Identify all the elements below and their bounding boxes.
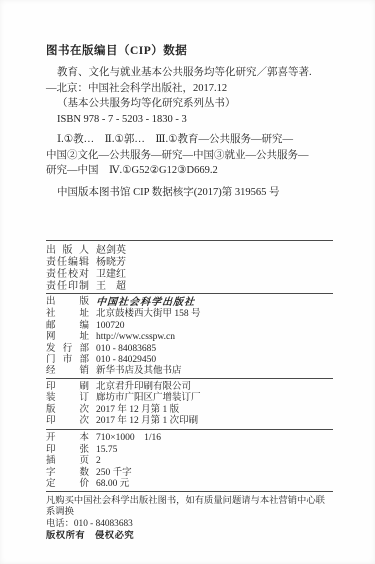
field-row: 定价68.00 元: [46, 479, 333, 490]
field-label: 门市部: [46, 355, 89, 366]
field-row: 出版中国社会科学出版社: [46, 297, 333, 309]
field-row: 装订廊坊市广阳区广增装订厂: [46, 393, 333, 404]
scanned-page: 图书在版编目（CIP）数据 教育、文化与就业基本公共服务均等化研究／郭喜等著. …: [0, 0, 375, 564]
field-row: 开本710×1000 1/16: [46, 433, 333, 444]
field-row: 责任印制王 超: [46, 281, 333, 293]
field-label: 责任校对: [46, 269, 89, 281]
field-value: 北京鼓楼西大街甲 158 号: [96, 309, 201, 319]
field-label: 责任印制: [46, 281, 89, 293]
field-value: 2: [96, 456, 101, 466]
field-value: 250 千字: [96, 468, 132, 478]
field-value: 卫建红: [96, 269, 126, 280]
field-value: 王 超: [96, 281, 126, 292]
field-row: 出版人赵剑英: [46, 245, 333, 257]
format-section: 开本710×1000 1/16 印张15.75 插页2 字数250 千字 定价6…: [46, 429, 333, 490]
field-label: 印刷: [46, 382, 89, 393]
field-label: 装订: [46, 393, 89, 404]
field-label: 出版人: [46, 245, 89, 257]
classification-line2: 中国②文化—公共服务—研究—中国③就业—公共服务—: [46, 148, 333, 164]
cip-description-line2: —北京：中国社会科学出版社，2017.12: [46, 81, 333, 97]
field-label: 字数: [46, 468, 89, 479]
field-label: 出版: [46, 297, 89, 308]
field-row: 字数250 千字: [46, 468, 333, 479]
field-row: 印张15.75: [46, 445, 333, 456]
field-value: 100720: [96, 321, 125, 331]
field-label: 印次: [46, 416, 89, 427]
field-label: 发行部: [46, 344, 89, 355]
field-value: 廊坊市广阳区广增装订厂: [96, 393, 201, 403]
field-label: 责任编辑: [46, 257, 89, 269]
field-row: 经销新华书店及其他书店: [46, 366, 333, 377]
footer-section: 凡购买中国社会科学出版社图书，如有质量问题请与本社营销中心联系调换 电话：010…: [46, 491, 333, 543]
field-row: 社址北京鼓楼西大街甲 158 号: [46, 309, 333, 320]
book-copyright-page: { "cip": { "title": "图书在版编目（CIP）数据", "de…: [0, 0, 375, 564]
isbn-line: ISBN 978 - 7 - 5203 - 1830 - 3: [46, 112, 333, 128]
field-value: 赵剑英: [96, 245, 126, 256]
quality-notice: 凡购买中国社会科学出版社图书，如有质量问题请与本社营销中心联系调换: [46, 496, 333, 519]
field-row: 责任编辑杨晓芳: [46, 257, 333, 269]
printing-section: 印刷北京君升印刷有限公司 装订廊坊市广阳区广增装订厂 版次2017 年 12 月…: [46, 378, 333, 430]
field-label: 网址: [46, 332, 89, 343]
publisher-section: 出版中国社会科学出版社 社址北京鼓楼西大街甲 158 号 邮编100720 网址…: [46, 293, 333, 378]
field-label: 邮编: [46, 321, 89, 332]
field-row: 网址http://www.csspw.cn: [46, 332, 333, 343]
field-value: 2017 年 12 月第 1 版: [96, 405, 179, 415]
field-label: 社址: [46, 309, 89, 320]
classification-line3: 研究—中国 Ⅳ.①G52②G12③D669.2: [46, 163, 333, 179]
staff-section: 出版人赵剑英 责任编辑杨晓芳 责任校对卫建红 责任印制王 超: [46, 240, 333, 293]
cip-description-block: 教育、文化与就业基本公共服务均等化研究／郭喜等著. —北京：中国社会科学出版社，…: [46, 65, 333, 127]
field-row: 邮编100720: [46, 321, 333, 332]
field-value: 2017 年 12 月第 1 次印刷: [96, 416, 198, 426]
page-content: 图书在版编目（CIP）数据 教育、文化与就业基本公共服务均等化研究／郭喜等著. …: [46, 0, 333, 543]
publisher-website: http://www.csspw.cn: [96, 332, 175, 342]
field-row: 印次2017 年 12 月第 1 次印刷: [46, 416, 333, 427]
copyright-notice: 版权所有 侵权必究: [46, 531, 333, 543]
classification-block: Ⅰ.①教… Ⅱ.①郭… Ⅲ.①教育—公共服务—研究— 中国②文化—公共服务—研究…: [46, 132, 333, 179]
field-row: 门市部010 - 84029450: [46, 355, 333, 366]
field-value: 15.75: [96, 445, 117, 455]
series-note: （基本公共服务均等化研究系列丛书）: [46, 96, 333, 112]
field-label: 经销: [46, 366, 89, 377]
field-row: 责任校对卫建红: [46, 269, 333, 281]
field-row: 发行部010 - 84083685: [46, 344, 333, 355]
field-value: 杨晓芳: [96, 257, 126, 268]
field-row: 版次2017 年 12 月第 1 版: [46, 405, 333, 416]
field-label: 开本: [46, 433, 89, 444]
field-label: 印张: [46, 445, 89, 456]
field-row: 插页2: [46, 456, 333, 467]
field-label: 定价: [46, 479, 89, 490]
contact-phone: 电话：010 - 84083683: [46, 519, 333, 531]
field-label: 插页: [46, 456, 89, 467]
field-row: 印刷北京君升印刷有限公司: [46, 382, 333, 393]
cip-description-line1: 教育、文化与就业基本公共服务均等化研究／郭喜等著.: [46, 65, 333, 81]
field-value: 010 - 84029450: [96, 355, 156, 365]
publisher-logo: 中国社会科学出版社: [96, 297, 196, 308]
field-value: 710×1000 1/16: [96, 433, 161, 443]
field-value: 新华书店及其他书店: [96, 366, 182, 376]
field-label: 版次: [46, 405, 89, 416]
classification-line1: Ⅰ.①教… Ⅱ.①郭… Ⅲ.①教育—公共服务—研究—: [46, 132, 333, 148]
cip-title: 图书在版编目（CIP）数据: [46, 44, 333, 58]
cip-record-number: 中国版本图书馆 CIP 数据核字(2017)第 319565 号: [46, 185, 333, 201]
price-value: 68.00 元: [96, 479, 129, 489]
field-value: 北京君升印刷有限公司: [96, 382, 191, 392]
field-value: 010 - 84083685: [96, 344, 156, 354]
